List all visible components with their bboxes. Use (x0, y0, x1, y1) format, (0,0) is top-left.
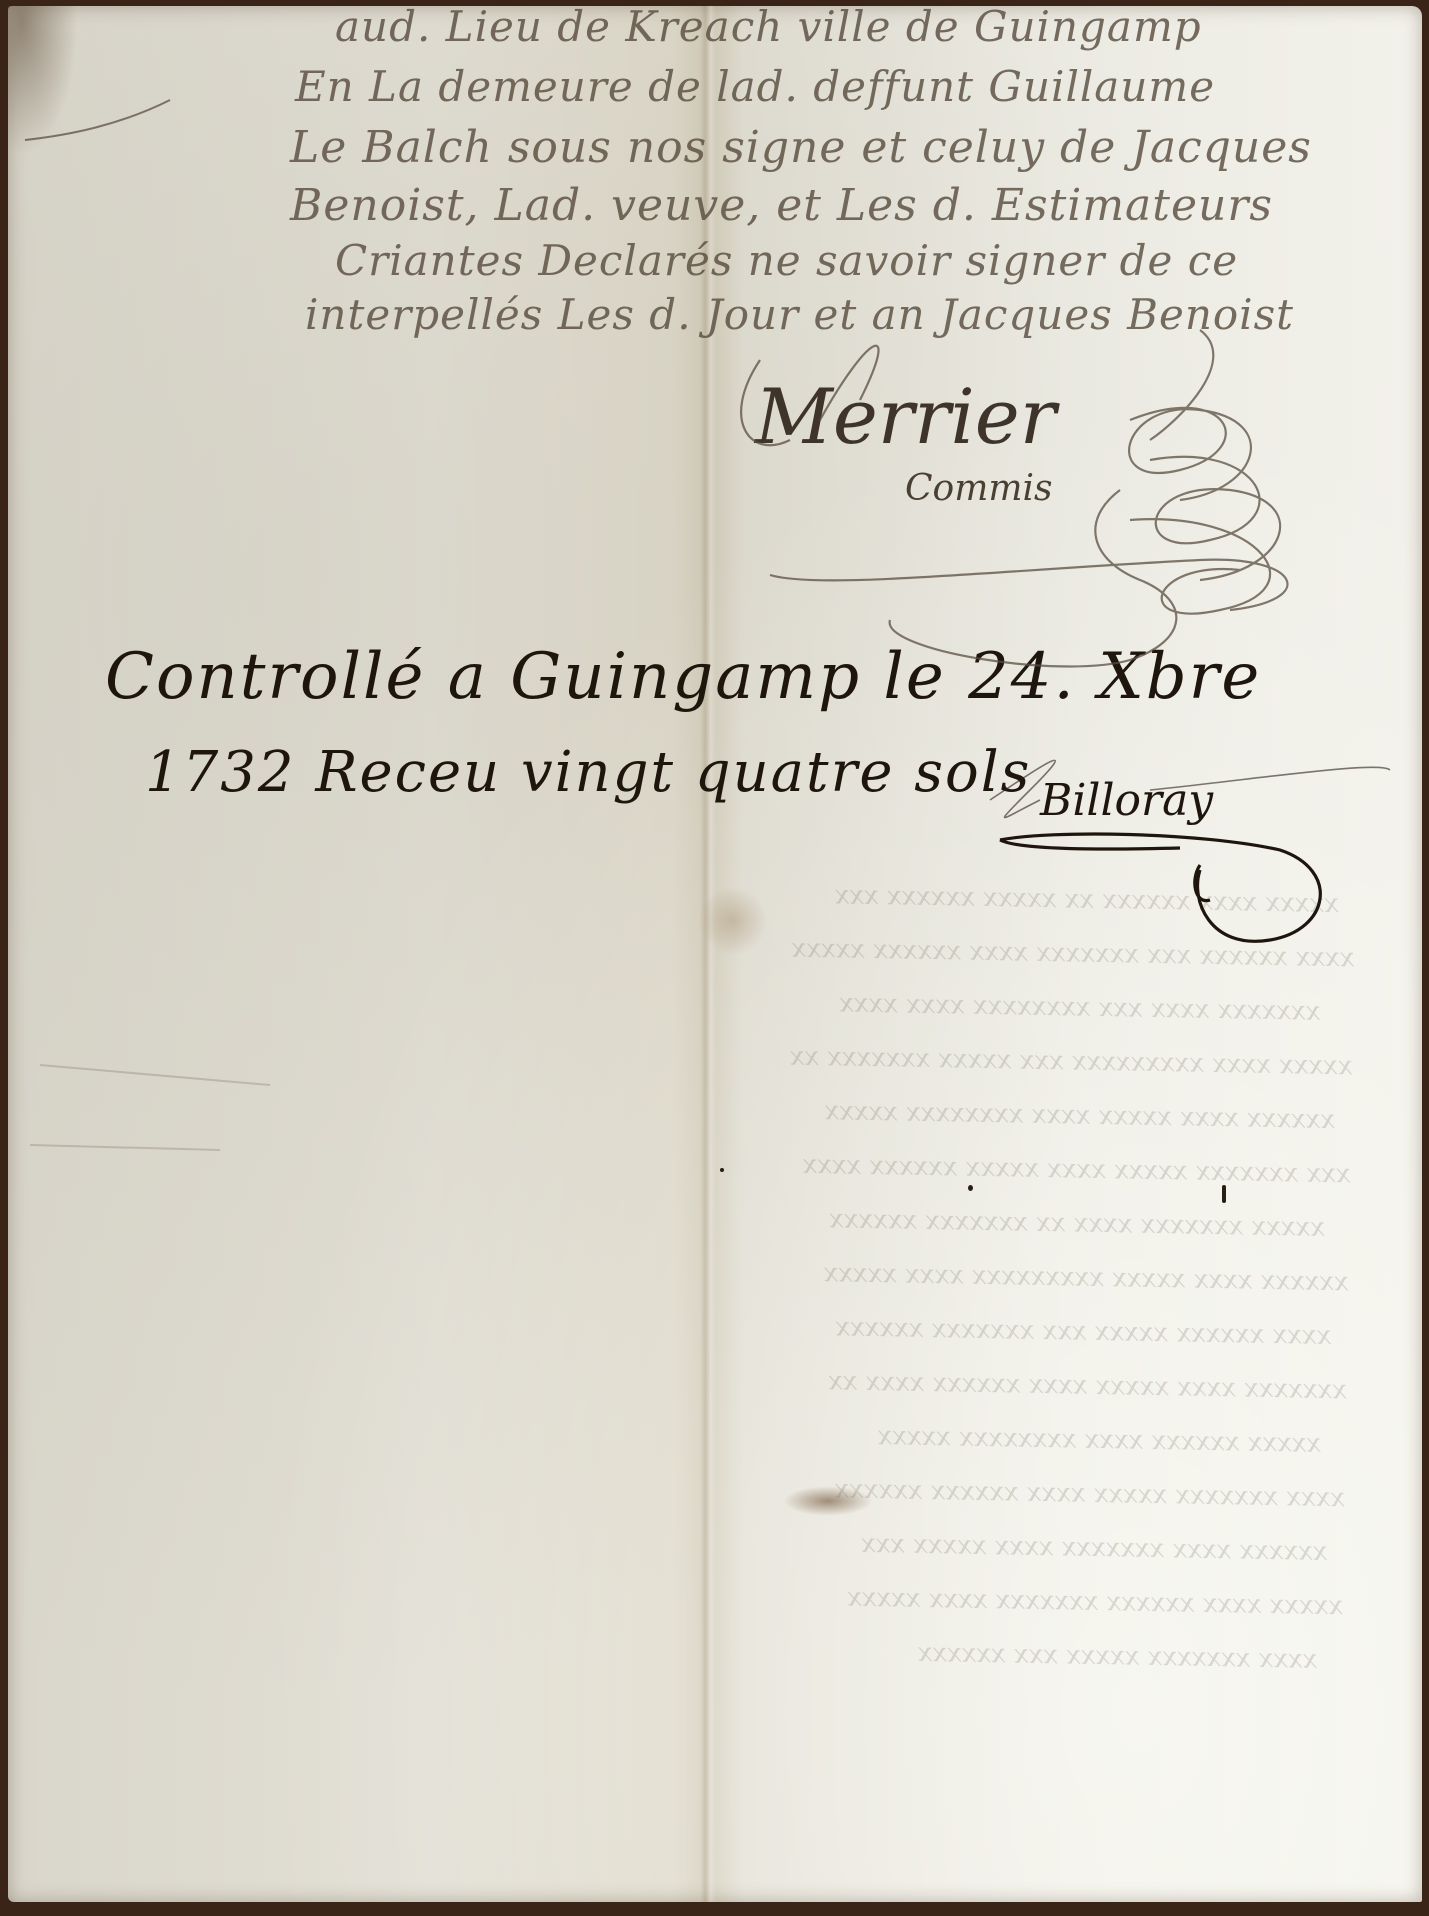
signature-merrier: Merrier (755, 372, 1056, 461)
upper-text-line-1: aud. Lieu de Kreach ville de Guingamp (335, 2, 1202, 51)
control-note-line-2: 1732 Receu vingt quatre sols (145, 740, 1031, 805)
signature-title-commis: Commis (905, 468, 1052, 509)
ink-dot (968, 1185, 973, 1191)
upper-text-line-4: Benoist, Lad. veuve, et Les d. Estimateu… (290, 180, 1273, 231)
bleed-through-text: xxxxx xxxx xxxxxx xx xxxxx xxxxxx xxx xx… (40, 855, 1356, 1778)
upper-text-line-2: En La demeure de lad. deffunt Guillaume (295, 62, 1215, 111)
ink-dot (1222, 1185, 1226, 1203)
upper-text-line-3: Le Balch sous nos signe et celuy de Jacq… (290, 122, 1312, 173)
control-note-line-1: Controllé a Guingamp le 24. Xbre (105, 640, 1261, 714)
upper-text-line-5: Criantes Declarés ne savoir signer de ce (335, 236, 1238, 285)
signature-billoray: Billoray (1040, 775, 1213, 826)
ink-dot (720, 1168, 724, 1172)
upper-text-line-6: interpellés Les d. Jour et an Jacques Be… (305, 290, 1294, 339)
